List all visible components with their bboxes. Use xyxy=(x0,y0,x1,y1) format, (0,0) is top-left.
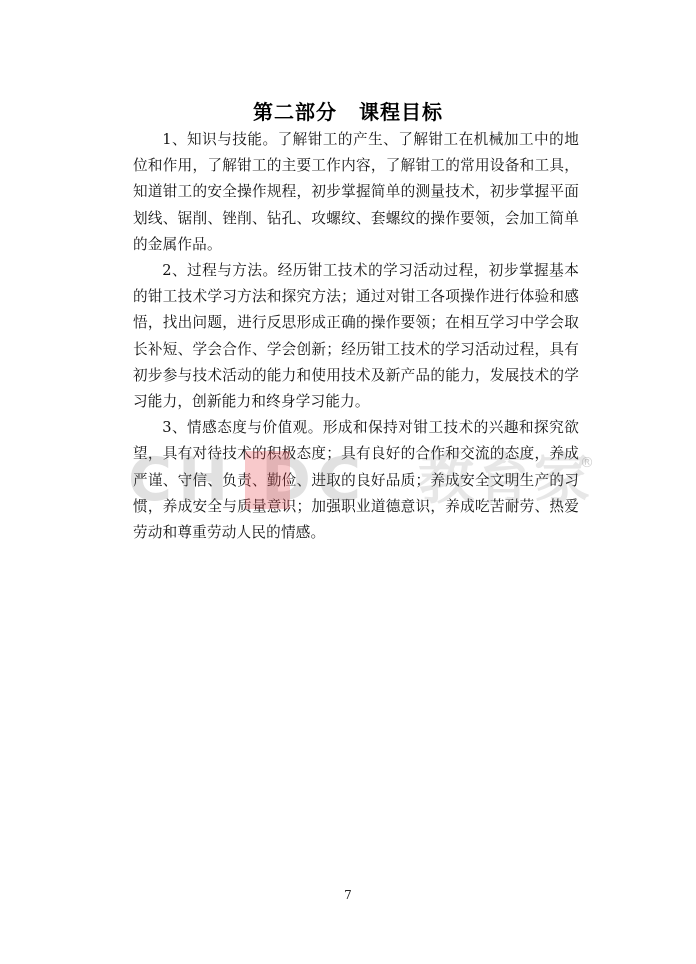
page-title: 第二部分课程目标 xyxy=(0,96,696,125)
title-part-label: 第二部分 xyxy=(253,100,337,124)
page-number: 7 xyxy=(0,888,696,902)
document-page: 第二部分课程目标 1、知识与技能。了解钳工的产生、了解钳工在机械加工中的地位和作… xyxy=(0,0,696,964)
registered-mark-icon: ® xyxy=(580,455,594,471)
paragraph-knowledge-skills: 1、知识与技能。了解钳工的产生、了解钳工在机械加工中的地位和作用，了解钳工的主要… xyxy=(133,127,579,258)
body-text: 1、知识与技能。了解钳工的产生、了解钳工在机械加工中的地位和作用，了解钳工的主要… xyxy=(133,127,579,546)
paragraph-attitudes-values: 3、情感态度与价值观。形成和保持对钳工技术的兴趣和探究欲望，具有对待技术的积极态… xyxy=(133,415,579,546)
paragraph-process-methods: 2、过程与方法。经历钳工技术的学习活动过程，初步掌握基本的钳工技术学习方法和探究… xyxy=(133,258,579,415)
title-heading: 课程目标 xyxy=(359,100,443,124)
